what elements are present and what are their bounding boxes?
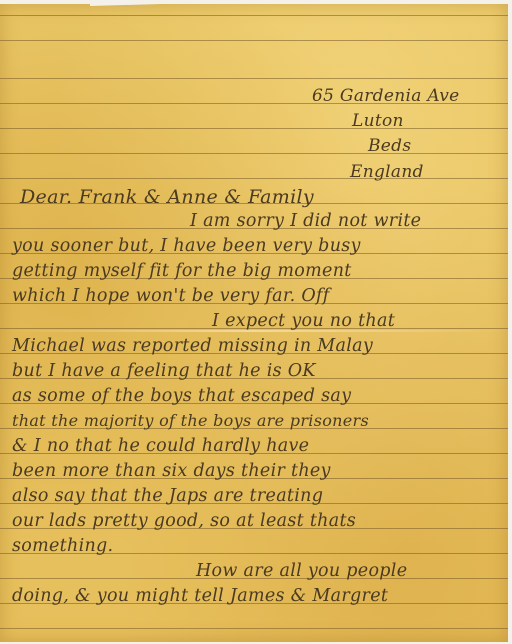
letter-line: our lads pretty good, so at least thats <box>12 511 356 531</box>
letter-line: been more than six days their they <box>12 461 331 481</box>
letter-line: & I no that he could hardly have <box>12 436 309 456</box>
letter-line: that the majority of the boys are prison… <box>12 411 369 430</box>
letter-line: getting myself fit for the big moment <box>12 261 352 281</box>
letter-line: something. <box>12 536 113 556</box>
address-town: Luton <box>352 111 404 131</box>
letter-line: which I hope won't be very far. Off <box>12 286 330 306</box>
letter-line: as some of the boys that escaped say <box>12 386 351 406</box>
salutation: Dear. Frank & Anne & Family <box>20 186 314 208</box>
address-county: Beds <box>368 136 411 156</box>
address-country: England <box>350 162 424 182</box>
letter-line: I expect you no that <box>212 311 395 331</box>
letter-line: How are all you people <box>196 561 407 581</box>
letter-line: I am sorry I did not write <box>190 211 421 231</box>
letter-line: also say that the Japs are treating <box>12 486 323 506</box>
letter-line: but I have a feeling that he is OK <box>12 361 316 381</box>
letter-line: doing, & you might tell James & Margret <box>12 586 388 606</box>
letter-line: you sooner but, I have been very busy <box>12 236 361 256</box>
letter-page: 65 Gardenia Ave Luton Beds England Dear.… <box>0 4 508 642</box>
address-street: 65 Gardenia Ave <box>312 86 460 106</box>
letter-line: Michael was reported missing in Malay <box>12 336 373 356</box>
